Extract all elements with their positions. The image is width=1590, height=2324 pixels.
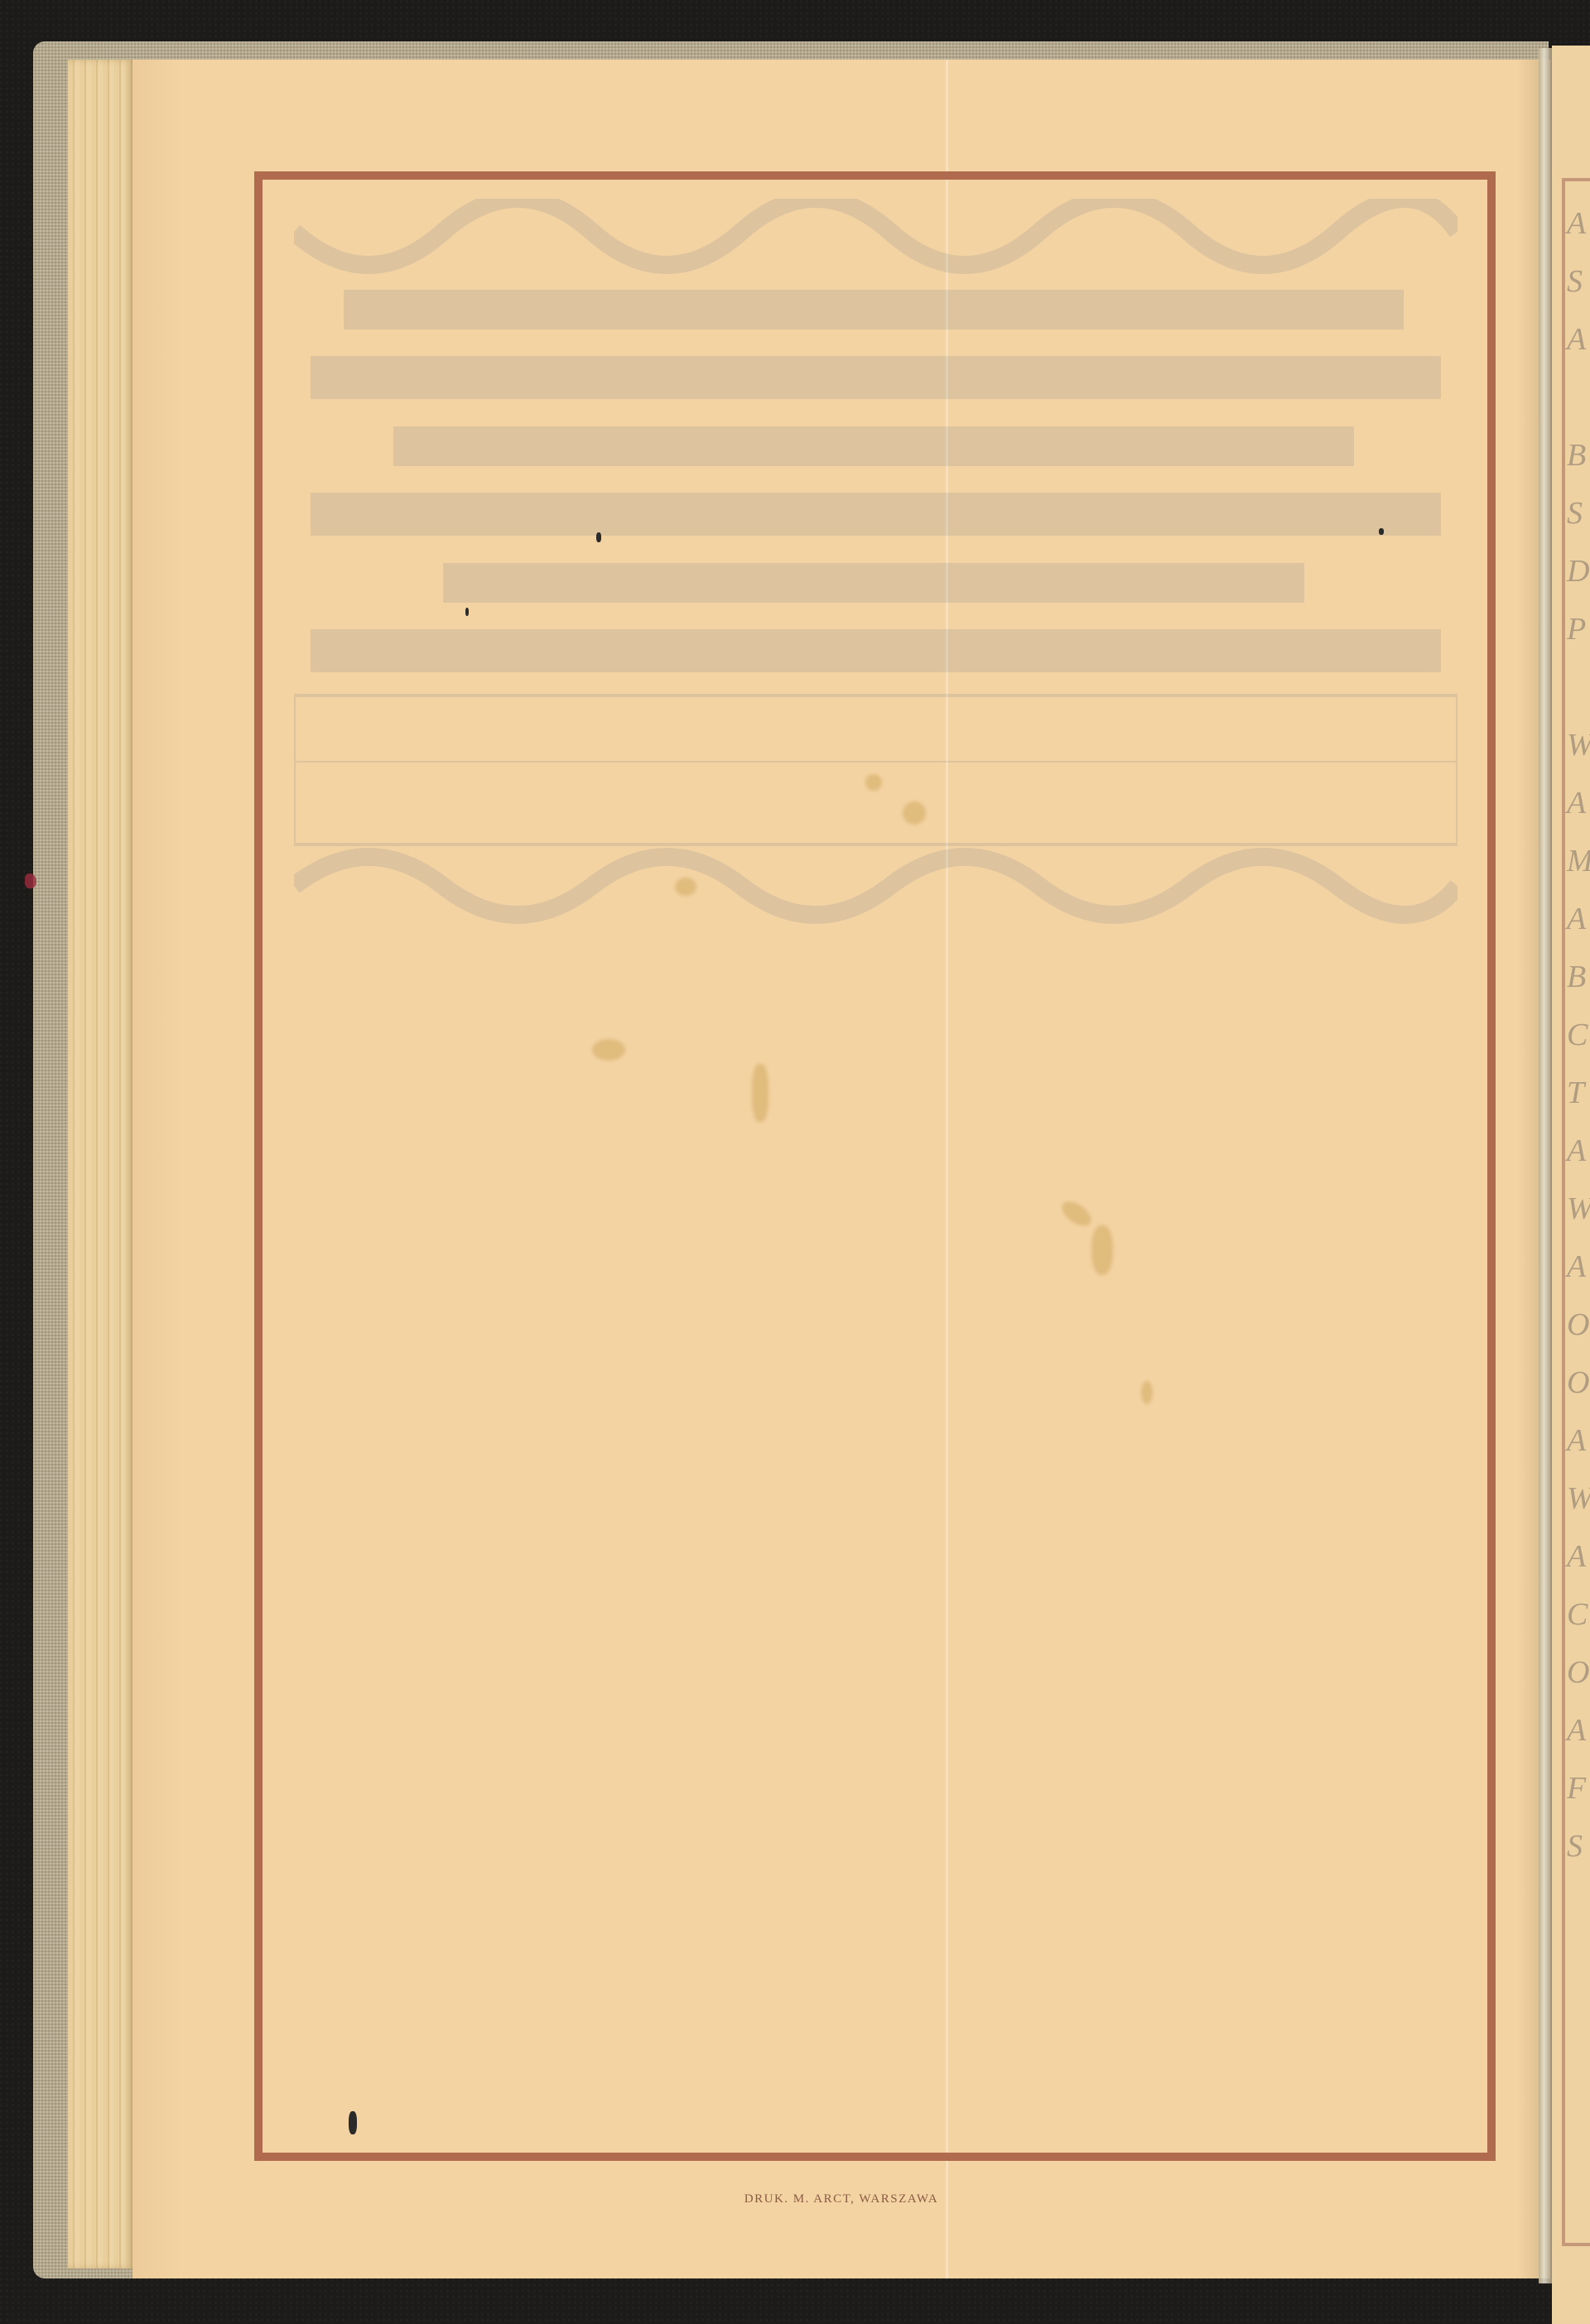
decorative-page-frame: [254, 171, 1496, 2161]
ink-speck: [596, 532, 601, 542]
ink-blot: [349, 2111, 357, 2134]
red-stain-on-cover: [25, 873, 36, 888]
foxing-stain: [1091, 1225, 1113, 1275]
foxing-stain: [903, 801, 926, 825]
facing-page-text-fragment: A S A B S D P W A M A B C T A W A O O A …: [1567, 195, 1590, 2182]
facing-page-edge: A S A B S D P W A M A B C T A W A O O A …: [1552, 46, 1590, 2324]
foxing-stain: [675, 878, 696, 896]
ink-speck: [1379, 528, 1384, 535]
ink-speck: [465, 608, 469, 616]
foxing-stain: [592, 1039, 625, 1061]
book-gutter: [1539, 48, 1552, 2283]
page-block-edge: [68, 60, 134, 2269]
printer-imprint: DRUK. M. ARCT, WARSZAWA: [132, 2192, 1550, 2206]
foxing-stain: [865, 774, 882, 791]
foxing-stain: [1141, 1381, 1153, 1404]
foxing-stain: [752, 1064, 768, 1122]
